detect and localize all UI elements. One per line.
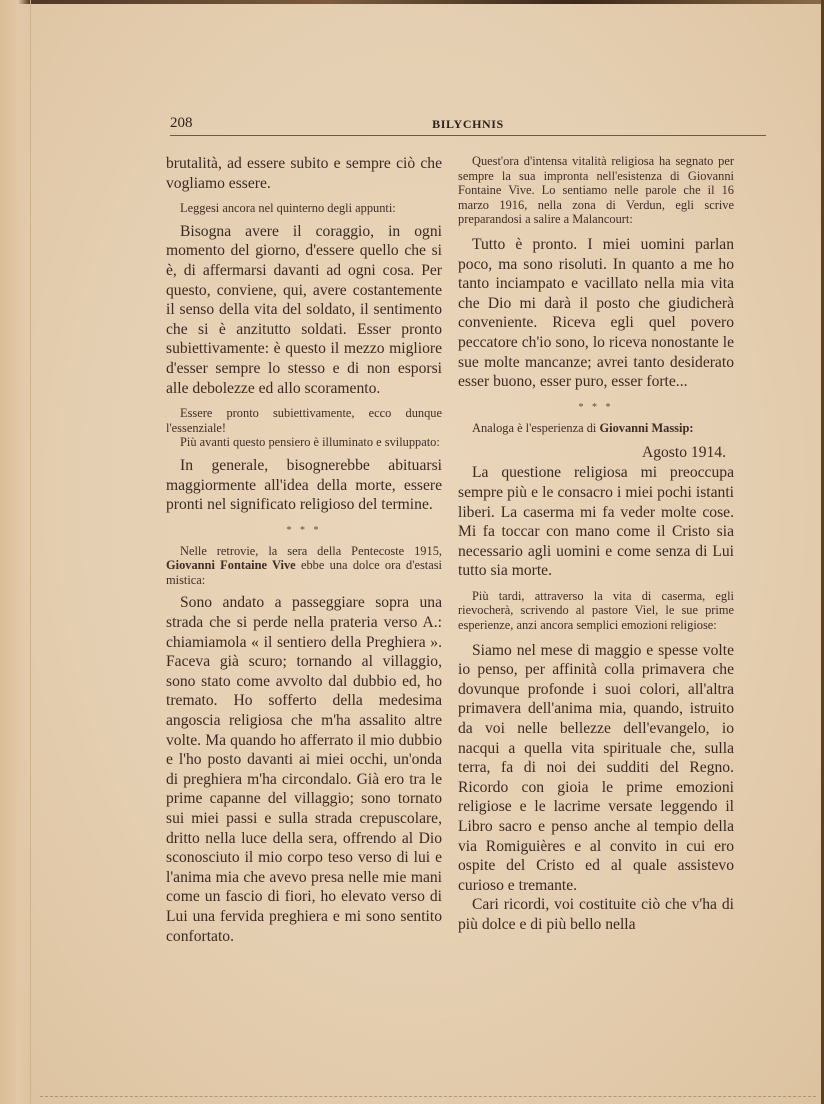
page-header: 208 BILYCHNIS bbox=[170, 115, 766, 135]
text: Nelle retrovie, la sera della Pentecoste… bbox=[180, 544, 442, 558]
header-rule bbox=[170, 135, 766, 136]
quote-paragraph: La questione religiosa mi preoccupa semp… bbox=[458, 463, 734, 581]
quote-paragraph: Cari ricordi, voi costituite ciò che v'h… bbox=[458, 895, 734, 934]
left-column: brutalità, ad essere subito e sempre ciò… bbox=[166, 154, 442, 946]
paragraph: Essere pronto subiettivamente, ecco dunq… bbox=[166, 406, 442, 435]
paragraph: Nelle retrovie, la sera della Pentecoste… bbox=[166, 544, 442, 588]
paragraph: Più tardi, attraverso la vita di caserma… bbox=[458, 589, 734, 633]
book-page: 208 BILYCHNIS brutalità, ad essere subit… bbox=[0, 0, 824, 1104]
paragraph: Più avanti questo pensiero è illuminato … bbox=[166, 435, 442, 450]
person-name: Giovanni Fontaine Vive bbox=[166, 558, 296, 572]
quote-paragraph: Siamo nel mese di maggio e spesse volte … bbox=[458, 641, 734, 896]
right-column: Quest'ora d'intensa vitalità religiosa h… bbox=[458, 154, 734, 935]
quote-paragraph: Sono andato a passeggiare sopra una stra… bbox=[166, 593, 442, 946]
quote-paragraph: In generale, bisognerebbe abituarsi magg… bbox=[166, 456, 442, 515]
quote-paragraph: Tutto è pronto. I miei uomini parlan poc… bbox=[458, 235, 734, 392]
page-bottom-edge bbox=[40, 1096, 816, 1098]
section-separator: * * * bbox=[166, 525, 442, 536]
running-title: BILYCHNIS bbox=[170, 117, 766, 132]
text: Analoga è l'esperienza di bbox=[472, 421, 596, 435]
person-name: Giovanni Massip: bbox=[599, 421, 693, 435]
section-separator: * * * bbox=[458, 402, 734, 413]
paragraph: Leggesi ancora nel quinterno degli appun… bbox=[166, 201, 442, 216]
paragraph: brutalità, ad essere subito e sempre ciò… bbox=[166, 154, 442, 193]
page-top-edge bbox=[0, 0, 824, 4]
letter-date: Agosto 1914. bbox=[458, 443, 734, 463]
page-spine-edge bbox=[0, 0, 31, 1104]
paragraph: Analoga è l'esperienza di Giovanni Massi… bbox=[458, 421, 734, 436]
paragraph: Quest'ora d'intensa vitalità religiosa h… bbox=[458, 154, 734, 227]
quote-paragraph: Bisogna avere il coraggio, in ogni momen… bbox=[166, 222, 442, 398]
